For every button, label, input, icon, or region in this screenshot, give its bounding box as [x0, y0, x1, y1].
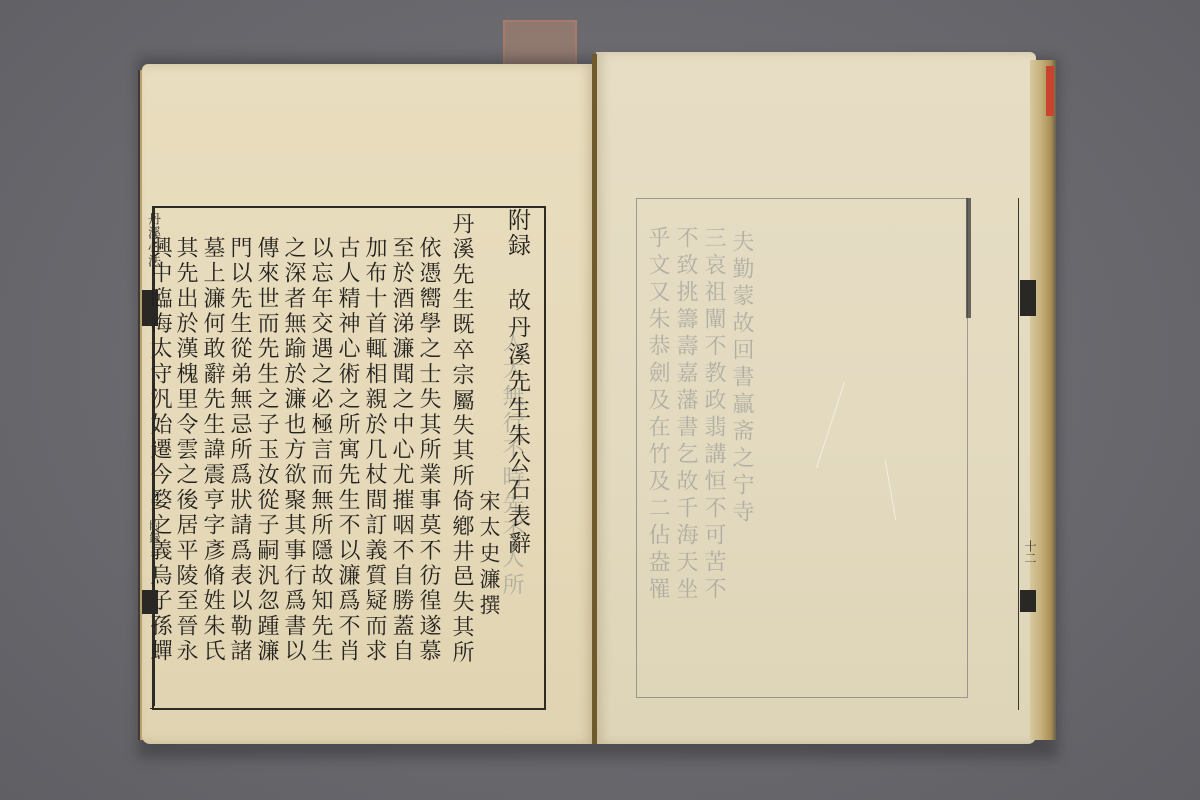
text-column-10: 墓上濂何敢辭先生諱震亨字彥脩姓朱氏	[199, 236, 225, 664]
right-block-center-column	[1018, 198, 1033, 710]
left-frame-bottom-rule	[150, 708, 544, 709]
fish-tail-mark-right-upper	[1020, 280, 1036, 316]
text-column-6: 以忘年交遇之必極言而無所隱故知先生	[307, 236, 333, 664]
right-frame-dark-edge	[940, 198, 971, 318]
text-column-1: 丹溪先生既卒宗屬失其所倚鄕井邑失其所	[448, 212, 474, 666]
red-edge-mark	[1046, 66, 1054, 116]
show-through-column-4: 乎文又朱恭劍及在竹及二佔盎罹	[644, 226, 670, 604]
text-column-11: 其先出於漢槐里令雲之後居平陵至晉永	[172, 236, 198, 664]
text-column-2: 依憑嚮學之士失其所業事莫不彷徨遂慕	[415, 236, 441, 664]
show-through-column-1: 夫勤蒙故回書贏斋之宁寺	[728, 230, 754, 527]
author-line: 宋太史濂撰	[476, 490, 502, 620]
text-column-3: 至於酒涕濂聞之中心尤摧咽不自勝蓋自	[388, 236, 414, 664]
show-through-column-2: 三哀祖闡不教政翡講恒不可苦不	[700, 226, 726, 604]
text-column-8: 傳來世而先生之子玉汝從子嗣汎忽踵濂	[253, 236, 279, 664]
text-column-4: 加布十首輒相親於几杖間訂義質疑而求	[361, 236, 387, 664]
fish-tail-mark-right-lower	[1020, 590, 1036, 612]
text-column-12: 興中臨海太守汎始遷今婺之義烏子孫蟬	[146, 236, 172, 664]
document-title: 故丹溪先生朱公石表辭	[504, 288, 530, 558]
text-column-9: 門以先生從弟無忌所爲狀請爲表以勒諸	[226, 236, 252, 664]
book-gutter	[592, 54, 597, 744]
text-column-7: 之深者無踰於濂也方欲聚其事行爲書以	[280, 236, 306, 664]
show-through-column-3: 不致挑籌壽嘉藩書乞故千海天坐	[672, 226, 698, 604]
text-column-5: 古人精神心術之所寓先生不以濂爲不肖	[334, 236, 360, 664]
right-book-edge	[1030, 60, 1056, 740]
section-heading: 附録	[504, 208, 530, 258]
page-number: 十二	[1022, 540, 1039, 564]
